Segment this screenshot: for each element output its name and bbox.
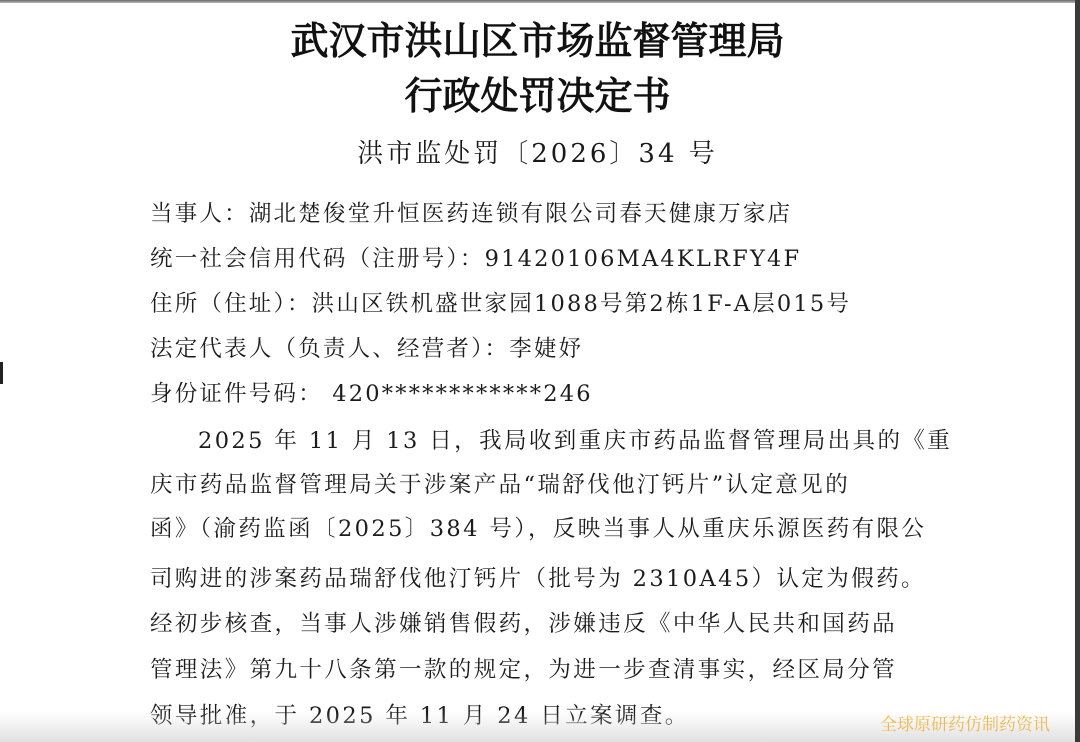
document-number: 洪市监处罚〔2026〕34 号 [0,133,1075,170]
body-line: 管理法》第九十八条第一款的规定，为进一步查清事实，经区局分管 [150,652,897,684]
field-label: 统一社会信用代码（注册号）： [150,246,485,272]
field-legal-representative: 法定代表人（负责人、经营者）：李婕妤 [150,331,583,363]
body-line: 函》（渝药监函〔2025〕384 号），反映当事人从重庆乐源医药有限公 [150,511,926,543]
source-watermark: 全球原研药仿制药资讯 [880,710,1050,735]
field-value: 洪山区铁机盛世家园1088号第2栋1F-A层015号 [312,291,852,317]
field-credit-code: 统一社会信用代码（注册号）：91420106MA4KLRFY4F [150,241,801,273]
body-line: 经初步核查，当事人涉嫌销售假药，涉嫌违反《中华人民共和国药品 [150,606,897,638]
field-label: 身份证件号码： [150,381,323,407]
field-value: 李婕妤 [509,336,583,362]
scrollbar-edge [1075,0,1080,742]
field-address: 住所（住址）：洪山区铁机盛世家园1088号第2栋1F-A层015号 [150,286,851,318]
field-value: 91420106MA4KLRFY4F [485,246,802,272]
field-id-number: 身份证件号码： 420************246 [150,376,593,408]
field-label: 住所（住址）： [150,291,312,317]
issuing-authority-title: 武汉市洪山区市场监督管理局 [0,10,1075,65]
body-line: 2025 年 11 月 13 日，我局收到重庆市药品监督管理局出具的《重 [198,423,952,455]
field-value: 湖北楚俊堂升恒医药连锁有限公司春天健康万家店 [249,201,792,227]
field-value: 420************246 [323,381,593,407]
field-label: 当事人： [150,201,249,227]
page-edge-marker [0,362,3,384]
body-line: 司购进的涉案药品瑞舒伐他汀钙片（批号为 2310A45）认定为假药。 [150,561,926,593]
page-top-border [0,0,1080,3]
body-line: 庆市药品监督管理局关于涉案产品“瑞舒伐他汀钙片”认定意见的 [150,467,850,499]
field-party: 当事人：湖北楚俊堂升恒医药连锁有限公司春天健康万家店 [150,196,792,228]
document-type-title: 行政处罚决定书 [0,65,1075,120]
field-label: 法定代表人（负责人、经营者）： [150,336,509,362]
